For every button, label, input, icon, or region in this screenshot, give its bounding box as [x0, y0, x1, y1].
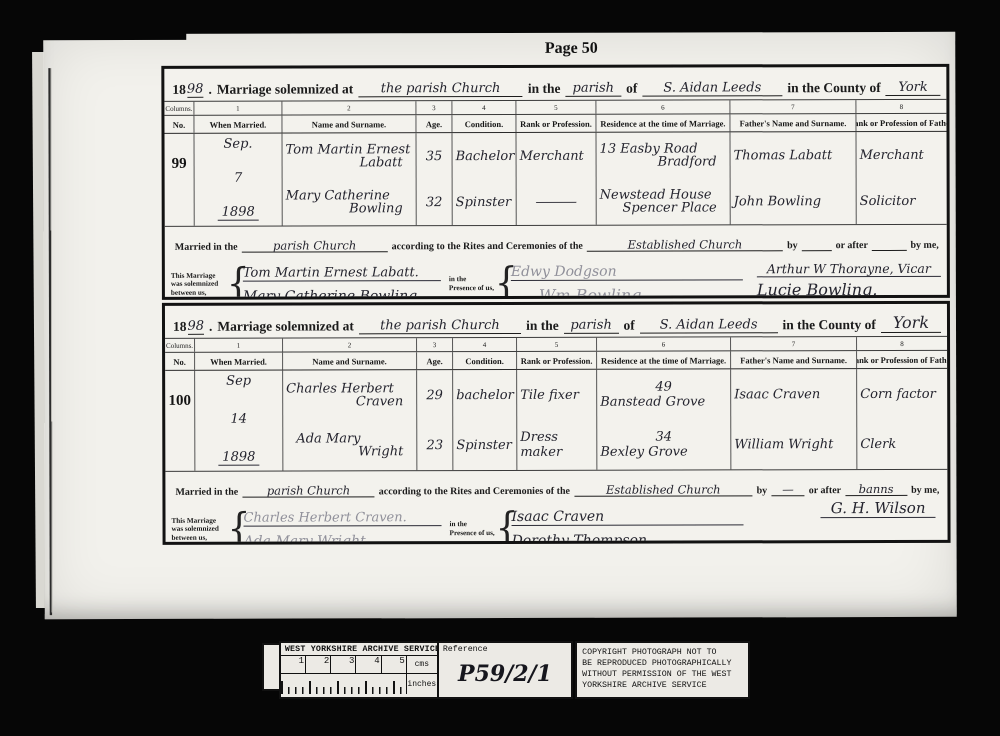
witness-brace: {: [495, 258, 511, 300]
father-rank-cell: Merchant Solicitor: [856, 132, 946, 224]
reference-label: Reference: [439, 643, 571, 654]
parish-written: S. Aidan Leeds: [640, 317, 778, 333]
of-label: of: [626, 81, 637, 97]
presence-label: in the Presence of us,: [449, 275, 495, 292]
inch-ruler: inches: [281, 674, 437, 694]
witness-signature-2: Wm Bowling: [511, 285, 642, 300]
rank-cell: Tile fixer Dress maker: [517, 370, 597, 470]
county-written: York: [886, 80, 941, 96]
inch-ticks: [281, 674, 406, 694]
when-married-cell: Sep. 7 1898: [194, 134, 282, 226]
register-page: Page 50 1898. Marriage solemnized at the…: [43, 32, 957, 619]
solemnized-at-label: Marriage solemnized at: [217, 318, 354, 334]
copyright-box: COPYRIGHT PHOTOGRAPH NOT TO BE REPRODUCE…: [575, 641, 750, 699]
in-the-label: in the: [528, 81, 561, 97]
witness-signature-1: Edwy Dodgson: [511, 263, 617, 279]
witness-signatures: Edwy Dodgson Wm Bowling: [511, 258, 751, 300]
reference-value: P59/2/1: [439, 661, 571, 687]
place-written: the parish Church: [359, 318, 521, 334]
solemnized-between-label: This Marriage was solemnized between us,: [171, 271, 227, 297]
name-cell: Tom Martin ErnestLabatt Mary CatherineBo…: [282, 133, 416, 225]
parish-word-written: parish: [564, 318, 619, 334]
by-written: —: [771, 484, 805, 496]
archive-footer-strip: WEST YORKSHIRE ARCHIVE SERVICE 1 2 3 4 5…: [262, 641, 750, 701]
married-in-written: parish Church: [242, 485, 375, 497]
witness-brace: {: [495, 503, 511, 545]
officiant-signature: Arthur W Thorayne, Vicar: [767, 261, 931, 276]
witness-signature-1: Isaac Craven: [511, 508, 604, 524]
inches-label: inches: [406, 674, 437, 694]
year-prefix: 18: [173, 319, 187, 335]
record-number: 99: [164, 134, 194, 226]
witness-signature-2: Dorothy Thompson: [512, 533, 647, 545]
signatures-block: This Marriage was solemnized between us,…: [165, 500, 947, 545]
by-written: [802, 250, 832, 251]
groom-signature: Tom Martin Ernest Labatt.: [243, 265, 419, 280]
record-number: 100: [165, 371, 195, 471]
when-married-cell: Sep 14 1898: [195, 371, 283, 471]
ruler-box: WEST YORKSHIRE ARCHIVE SERVICE 1 2 3 4 5…: [279, 641, 439, 699]
record-entries: 100 Sep 14 1898 Charles HerbertCraven Ad…: [165, 369, 947, 472]
residence-cell: 49Banstead Grove 34Bexley Grove: [597, 369, 731, 469]
record-entries: 99 Sep. 7 1898 Tom Martin ErnestLabatt M…: [164, 132, 946, 227]
cm-ruler: 1 2 3 4 5 cms: [281, 656, 437, 674]
married-in-written: parish Church: [242, 240, 388, 252]
year-prefix: 18: [172, 82, 186, 98]
ceremony-line: Married in the parish Church according t…: [165, 470, 947, 502]
parish-word-written: parish: [565, 81, 621, 97]
rites-written: Established Church: [574, 484, 753, 496]
left-brace: {: [227, 259, 243, 300]
marriage-record-table-100: 1898. Marriage solemnized at the parish …: [162, 301, 951, 545]
signatures-block: This Marriage was solemnized between us,…: [165, 255, 947, 300]
or-after-written: [872, 250, 907, 251]
columns-label: Columns.: [164, 102, 194, 115]
register-header: 1898. Marriage solemnized at the parish …: [165, 304, 947, 339]
columns-label: Columns.: [165, 339, 195, 352]
ceremony-line: Married in the parish Church according t…: [165, 225, 947, 257]
officiant-area: Arthur W Thorayne, Vicar Lucie Bowling.: [751, 258, 945, 300]
officiant-signature: G. H. Wilson: [831, 499, 926, 517]
place-written: the parish Church: [358, 81, 523, 97]
left-brace: {: [227, 504, 243, 545]
groom-signature: Charles Herbert Craven.: [243, 510, 406, 525]
strip-blank-cell: [262, 643, 279, 691]
age-cell: 35 32: [416, 133, 452, 225]
in-the-label: in the: [526, 318, 559, 334]
archive-service-title: WEST YORKSHIRE ARCHIVE SERVICE: [281, 643, 437, 656]
presence-label: in the Presence of us,: [450, 520, 496, 537]
period: .: [209, 319, 212, 335]
county-written: York: [881, 313, 941, 333]
or-after-written: banns: [845, 484, 907, 496]
solemnized-at-label: Marriage solemnized at: [217, 81, 354, 97]
father-name-cell: Thomas Labatt John Bowling: [730, 132, 856, 224]
year-written: 98: [187, 319, 204, 335]
age-cell: 29 23: [417, 370, 453, 470]
rank-cell: Merchant —: [516, 133, 596, 225]
rites-written: Established Church: [587, 239, 783, 252]
condition-cell: Bachelor Spinster: [452, 133, 516, 225]
bride-signature: Mary Catherine Bowling: [243, 288, 417, 299]
reference-box: Reference P59/2/1: [439, 641, 573, 699]
column-names-row: No. When Married. Name and Surname. Age.…: [164, 114, 946, 134]
solemnized-between-label: This Marriage was solemnized between us,: [171, 516, 227, 542]
page-number: Page 50: [501, 40, 641, 58]
county-label: in the County of: [782, 317, 875, 333]
column-names-row: No. When Married. Name and Surname. Age.…: [165, 351, 947, 371]
name-cell: Charles HerbertCraven Ada MaryWright: [283, 370, 417, 470]
county-label: in the County of: [787, 80, 880, 96]
of-label: of: [623, 318, 634, 334]
between-signatures: Charles Herbert Craven. Ada Mary Wright: [243, 504, 449, 545]
residence-cell: 13 Easby RoadBradford Newstead HouseSpen…: [596, 132, 730, 224]
cms-label: cms: [407, 656, 437, 673]
period: .: [208, 82, 211, 98]
father-rank-cell: Corn factor Clerk: [857, 369, 947, 469]
marriage-record-table-99: 1898. Marriage solemnized at the parish …: [161, 64, 950, 300]
extra-signature: Lucie Bowling.: [757, 280, 945, 299]
parish-written: S. Aidan Leeds: [642, 80, 782, 96]
scanned-marriage-register-view: Page 50 1898. Marriage solemnized at the…: [0, 0, 1000, 736]
bride-signature: Ada Mary Wright: [244, 534, 366, 545]
officiant-area: G. H. Wilson: [751, 503, 939, 545]
witness-signatures: Isaac Craven Dorothy Thompson: [511, 503, 751, 545]
condition-cell: bachelor Spinster: [453, 370, 517, 470]
year-written: 98: [187, 82, 204, 98]
father-name-cell: Isaac Craven William Wright: [731, 369, 857, 469]
register-header: 1898. Marriage solemnized at the parish …: [164, 67, 946, 102]
between-signatures: Tom Martin Ernest Labatt. Mary Catherine…: [243, 259, 449, 300]
